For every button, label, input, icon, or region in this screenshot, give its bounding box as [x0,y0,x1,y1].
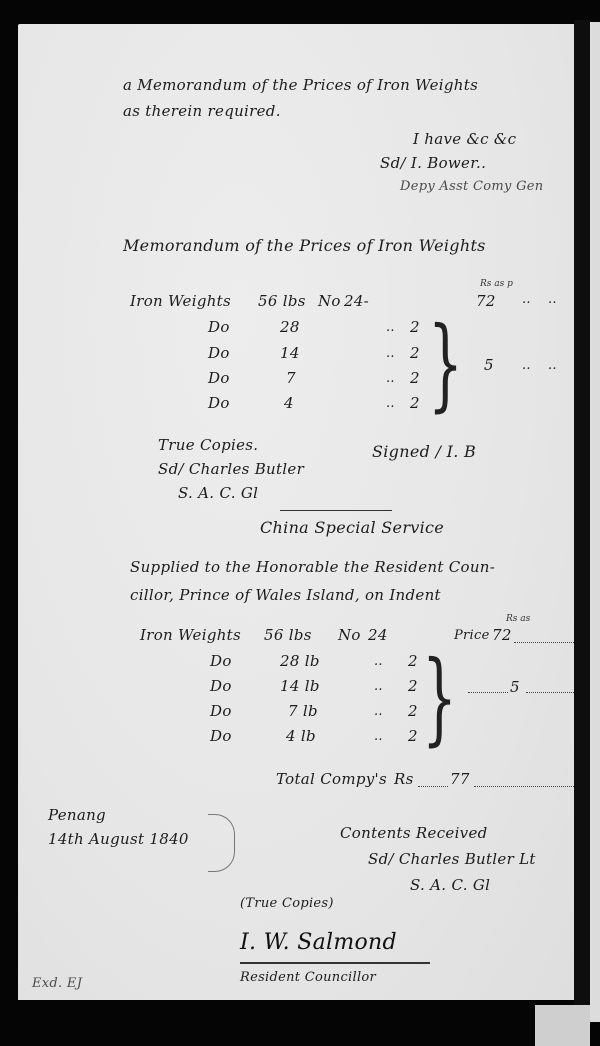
closing-title: S. A. C. Gl [410,876,490,894]
section2-weight: 7 lb [288,702,318,720]
total-label: Total Compy's [276,770,387,788]
memo1-no-label: .. [386,346,395,361]
total-value: 77 [450,770,470,788]
memo1-signature-right: Signed / I. B [372,442,476,461]
section2-item: Do [210,702,232,720]
memo1-item: Do [208,318,230,336]
memo1-signature-left: Sd/ Charles Butler [158,460,304,478]
memo1-currency-header: Rs as p [480,279,513,289]
section2-count: 24 [368,626,388,644]
section2-currency-header: Rs as [506,614,530,624]
underlying-page-corner [535,1005,590,1046]
letter-line-2: as therein required. [123,102,281,120]
memo1-weight: 56 lbs [258,292,306,310]
closing-signature: Sd/ Charles Butler Lt [368,850,536,868]
memo1-title-left: S. A. C. Gl [178,484,258,502]
section2-weight: 14 lb [280,677,320,695]
manuscript-page: a Memorandum of the Prices of Iron Weigh… [18,24,574,1000]
memo1-heading: Memorandum of the Prices of Iron Weights [123,236,486,255]
memo1-annas: .. [522,292,531,307]
section2-grouped-price: 5 [510,678,520,696]
adjacent-page-edge [590,22,600,1022]
memo1-count: 2 [410,369,420,387]
memo1-no-label: .. [386,320,395,335]
date-flourish [208,814,235,872]
section2-heading: China Special Service [260,518,444,537]
memo1-item: Do [208,394,230,412]
total-currency: Rs [394,770,414,788]
section2-price-label: Price [454,628,490,643]
section2-no-label: .. [374,654,383,669]
contents-received: Contents Received [340,824,488,842]
memo1-pice: .. [548,292,557,307]
memo1-weight: 4 [284,394,294,412]
book-spine-shadow [574,20,590,1020]
true-copies-parenthetical: (True Copies) [240,896,334,911]
memo1-item: Iron Weights [130,292,231,310]
section2-weight: 4 lb [286,727,316,745]
section2-weight: 56 lbs [264,626,312,644]
signature-underline [240,962,430,964]
memo1-weight: 14 [280,344,300,362]
place: Penang [48,806,106,824]
dotted-leader [514,642,574,643]
dotted-leader [418,786,448,787]
section2-count: 2 [408,652,418,670]
memo1-grouped-pice: .. [548,358,557,373]
memo1-count: 2 [410,344,420,362]
letter-signatory-title: Depy Asst Comy Gen [400,179,543,194]
section2-no-label: .. [374,679,383,694]
memo1-grouped-price: 5 [484,356,494,374]
memo1-count: 2 [410,394,420,412]
section2-item: Do [210,652,232,670]
dotted-leader [468,692,508,693]
resident-councillor-signature: I. W. Salmond [240,930,397,955]
section2-count: 2 [408,677,418,695]
section2-count: 2 [408,727,418,745]
memo1-weight: 28 [280,318,300,336]
memo1-no-label: .. [386,396,395,411]
separator-rule [280,510,392,511]
memo1-item: Do [208,344,230,362]
section2-weight: 28 lb [280,652,320,670]
section2-item: Iron Weights [140,626,241,644]
dotted-leader [526,692,574,693]
memo1-brace: } [428,314,463,414]
section2-brace: } [422,648,457,748]
memo1-grouped-annas: .. [522,358,531,373]
letter-signature: Sd/ I. Bower.. [380,154,486,172]
memo1-count: 24- [344,292,369,310]
section2-price: 72 [492,626,512,644]
memo1-price: 72 [476,292,496,310]
section2-count: 2 [408,702,418,720]
section2-no-label: No [338,626,361,644]
section2-text-line-1: Supplied to the Honorable the Resident C… [130,558,495,576]
memo1-weight: 7 [286,369,296,387]
section2-text-line-2: cillor, Prince of Wales Island, on Inden… [130,586,441,604]
true-copies-label: True Copies. [158,436,258,454]
signatory-title: Resident Councillor [240,970,376,985]
dotted-leader [474,786,574,787]
section2-no-label: .. [374,704,383,719]
letter-line-1: a Memorandum of the Prices of Iron Weigh… [123,76,478,94]
memo1-no-label: .. [386,371,395,386]
section2-no-label: .. [374,729,383,744]
date: 14th August 1840 [48,830,189,848]
letter-closing: I have &c &c [413,130,516,148]
memo1-count: 2 [410,318,420,336]
memo1-no-label: No [318,292,341,310]
margin-note: Exd. EJ [32,976,82,991]
section2-item: Do [210,727,232,745]
memo1-item: Do [208,369,230,387]
section2-item: Do [210,677,232,695]
